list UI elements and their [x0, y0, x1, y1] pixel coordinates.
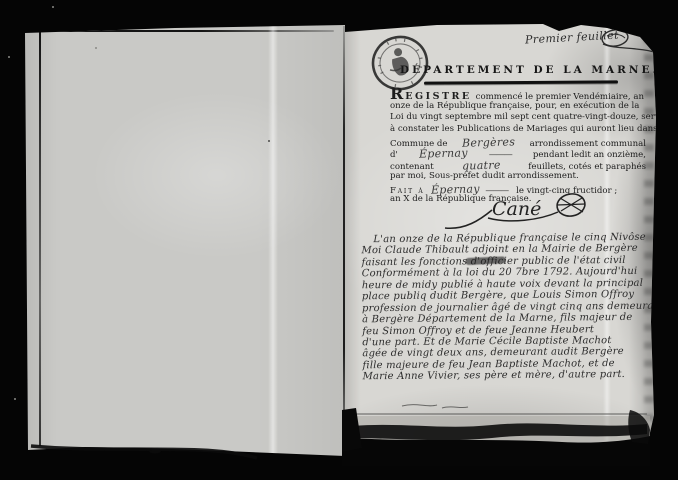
paper-speck	[95, 47, 97, 49]
left-blank-page	[25, 24, 345, 456]
registre-line: par moi, Sous-préfet dudit arrondissemen…	[390, 171, 646, 183]
arrondissement-handwritten-fill: Épernay	[419, 147, 468, 161]
registre-line-arrondissement: d' Épernay ——— pendant ledit an onzième,	[390, 147, 646, 159]
page-stack-edges	[342, 396, 662, 466]
left-page-crease	[268, 24, 278, 456]
sous-prefet-signature: Cané	[440, 190, 615, 236]
registre-line: R EGISTRE commencé le premier Vendémiair…	[390, 89, 646, 101]
manuscript-act: L'an onze de la République française le …	[361, 232, 654, 383]
cover-left-edge-line	[39, 30, 41, 446]
registre-line-feuillets: contenant quatre feuillets, cotés et par…	[390, 159, 646, 171]
left-page-bottom-edge	[25, 434, 345, 464]
feuillets-handwritten-fill: quatre	[461, 159, 500, 173]
book-gutter-shadow	[343, 26, 345, 440]
margin-speck	[52, 6, 54, 8]
registre-line: onze de la République française, pour, e…	[390, 101, 646, 113]
registre-line: Loi du vingt septembre mil sept cent qua…	[390, 112, 646, 124]
cover-top-edge-line	[39, 30, 334, 32]
margin-speck	[14, 398, 16, 400]
paper-speck	[268, 140, 270, 142]
commune-handwritten-fill: Bergères	[462, 135, 516, 149]
registre-line-commune: Commune de Bergères arrondissement commu…	[390, 136, 646, 148]
registre-line: à constater les Publications de Mariages…	[390, 124, 646, 136]
paraph-flourish-icon	[597, 26, 665, 60]
header-rule	[424, 80, 618, 84]
margin-speck	[8, 56, 10, 58]
scanned-register-opening: Premier feuillet DÉPARTEMENT DE LA MARNE…	[0, 0, 678, 480]
signature-text: Cané	[492, 198, 541, 220]
department-title: DÉPARTEMENT DE LA MARNE.	[400, 64, 635, 76]
registre-paragraph: R EGISTRE commencé le premier Vendémiair…	[390, 89, 646, 183]
registre-lead-initial: R	[390, 89, 405, 98]
